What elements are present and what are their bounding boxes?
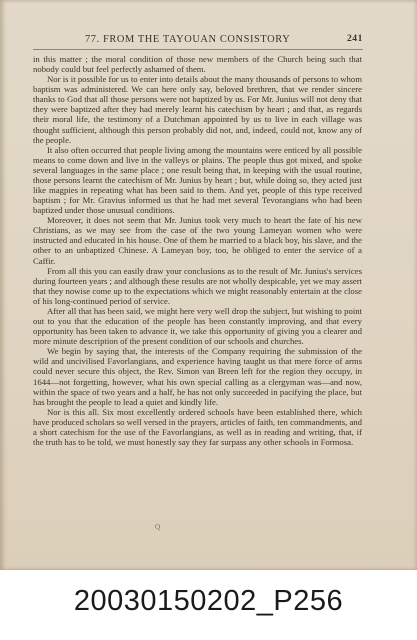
- header-rule: [33, 49, 363, 50]
- paragraph: From all this you can easily draw your c…: [33, 266, 362, 306]
- paragraph: Nor is it possible for us to enter into …: [33, 74, 362, 145]
- scanned-page: 77. FROM THE TAYOUAN CONSISTORY 241 in t…: [0, 0, 417, 570]
- paragraph: Moreover, it does not seem that Mr. Juni…: [33, 215, 362, 265]
- signature-mark: Q: [155, 523, 160, 531]
- page-number: 241: [347, 34, 363, 44]
- running-head-title: 77. FROM THE TAYOUAN CONSISTORY: [85, 34, 290, 45]
- paragraph: After all that has been said, we might h…: [33, 306, 362, 346]
- paragraph: in this matter ; the moral condition of …: [33, 54, 362, 74]
- paragraph: We begin by saying that, the interests o…: [33, 346, 362, 406]
- image-caption: 20030150202_P256: [0, 585, 417, 618]
- running-header: 77. FROM THE TAYOUAN CONSISTORY 241: [33, 34, 363, 48]
- paragraph: It also often occurred that people livin…: [33, 145, 362, 216]
- paragraph: Nor is this all. Six most excellently or…: [33, 407, 362, 447]
- body-text: in this matter ; the moral condition of …: [33, 54, 362, 447]
